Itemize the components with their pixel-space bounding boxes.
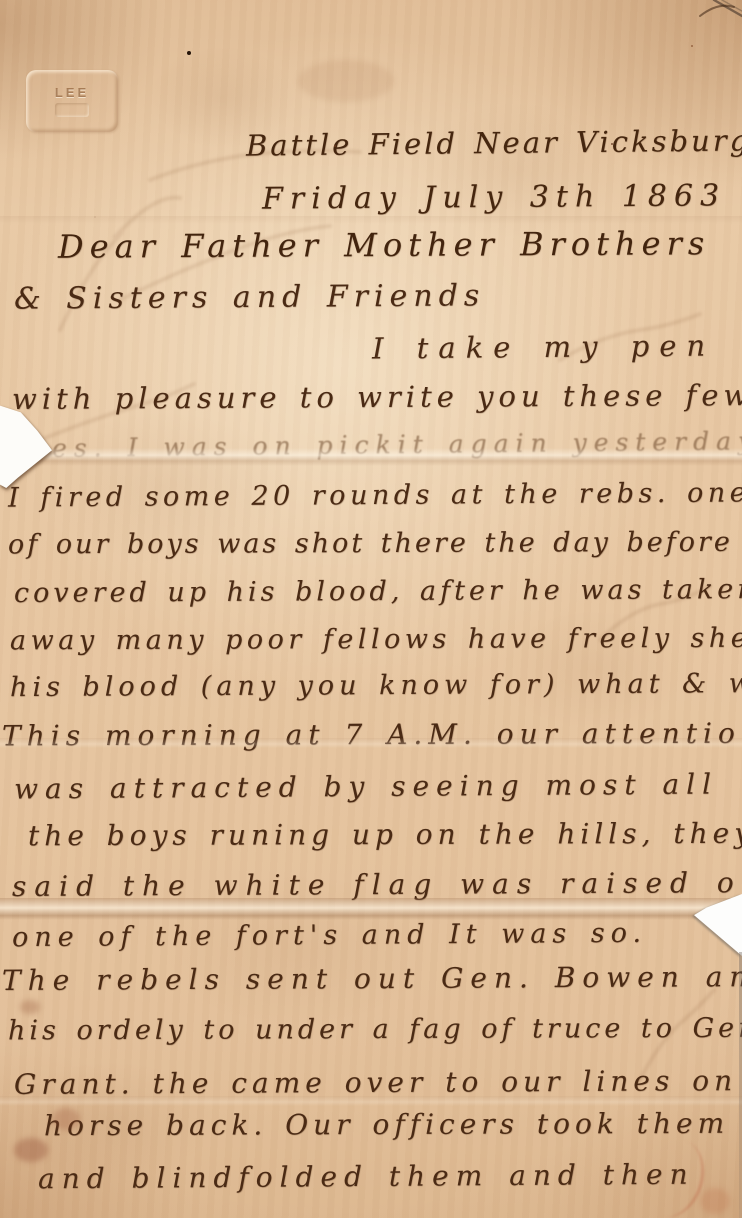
embossed-stamp-inner-mark [55, 103, 89, 117]
letter-line: his ordely to under a fag of truce to Ge… [8, 1013, 742, 1047]
letter-line: the boys runing up on the hills, they [28, 817, 742, 853]
letter-scan: LEE Battle Field Near Vicksburg Friday J… [0, 0, 742, 1218]
letter-heading-date: Friday July 3th 1863 [262, 178, 726, 216]
letter-line: away many poor fellows have freely shed [10, 623, 742, 657]
letter-line: and blindfolded them and then [38, 1158, 695, 1196]
paper-speck [187, 51, 191, 55]
letter-salutation: Dear Father Mother Brothers [58, 224, 710, 265]
letter-line: I fired some 20 rounds at the rebs. one [8, 477, 742, 513]
corner-notch [694, 894, 742, 956]
torn-edge [0, 404, 52, 488]
embossed-stamp-text: LEE [55, 85, 89, 100]
letter-line: was attracted by seeing most all [14, 768, 718, 806]
letter-line: horse back. Our officers took them [44, 1107, 729, 1142]
letter-line: of our boys was shot there the day befor… [8, 527, 742, 561]
embossed-stamp: LEE [26, 70, 118, 132]
corner-notch-shape [694, 894, 742, 956]
letter-line: covered up his blood, after he was taken [14, 574, 742, 609]
letter-salutation: & Sisters and Friends [14, 278, 485, 316]
letter-line: one of the fort's and It was so. [12, 918, 647, 953]
letter-line: The rebels sent out Gen. Bowen and [2, 960, 742, 997]
letter-line: said the white flag was raised on [12, 866, 742, 903]
letter-line: Grant. the came over to our lines on [14, 1064, 737, 1101]
letter-line: his blood (any you know for) what & why [10, 668, 742, 703]
letter-line: with pleasure to write you these few [12, 378, 742, 416]
torn-edge-shape [0, 404, 52, 488]
letter-line: I take my pen [372, 329, 715, 366]
letter-heading-place: Battle Field Near Vicksburg [246, 123, 742, 162]
letter-line: This morning at 7 A.M. our attention [2, 717, 742, 753]
